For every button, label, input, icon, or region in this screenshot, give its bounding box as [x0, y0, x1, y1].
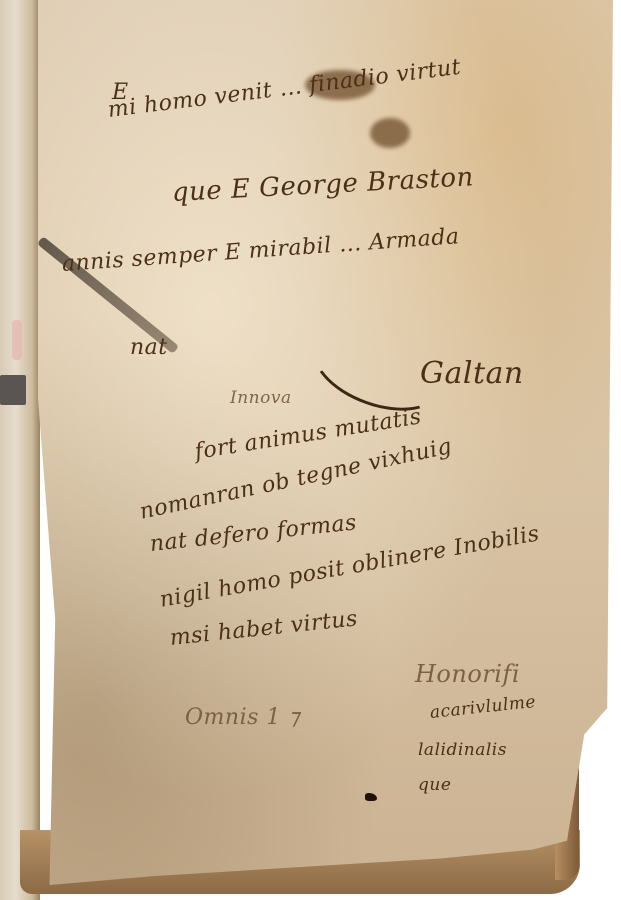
pink-stain [12, 320, 22, 360]
ink-blot [365, 793, 377, 801]
handwriting-line: Omnis 1 ⁊ [185, 705, 300, 730]
handwriting-line: Galtan [420, 356, 524, 391]
handwriting-line: Honorifi [415, 660, 520, 688]
book-spine-binding [0, 0, 40, 900]
metal-clasp [0, 375, 26, 405]
photo-stage: E mi homo venit ... finadio virtut que E… [0, 0, 621, 900]
handwriting-line: lalidinalis [418, 740, 507, 760]
handwriting-line: nat [130, 335, 168, 360]
handwriting-line: que [418, 775, 451, 795]
handwriting-line: Innova [230, 388, 292, 408]
ink-blot [370, 118, 410, 148]
